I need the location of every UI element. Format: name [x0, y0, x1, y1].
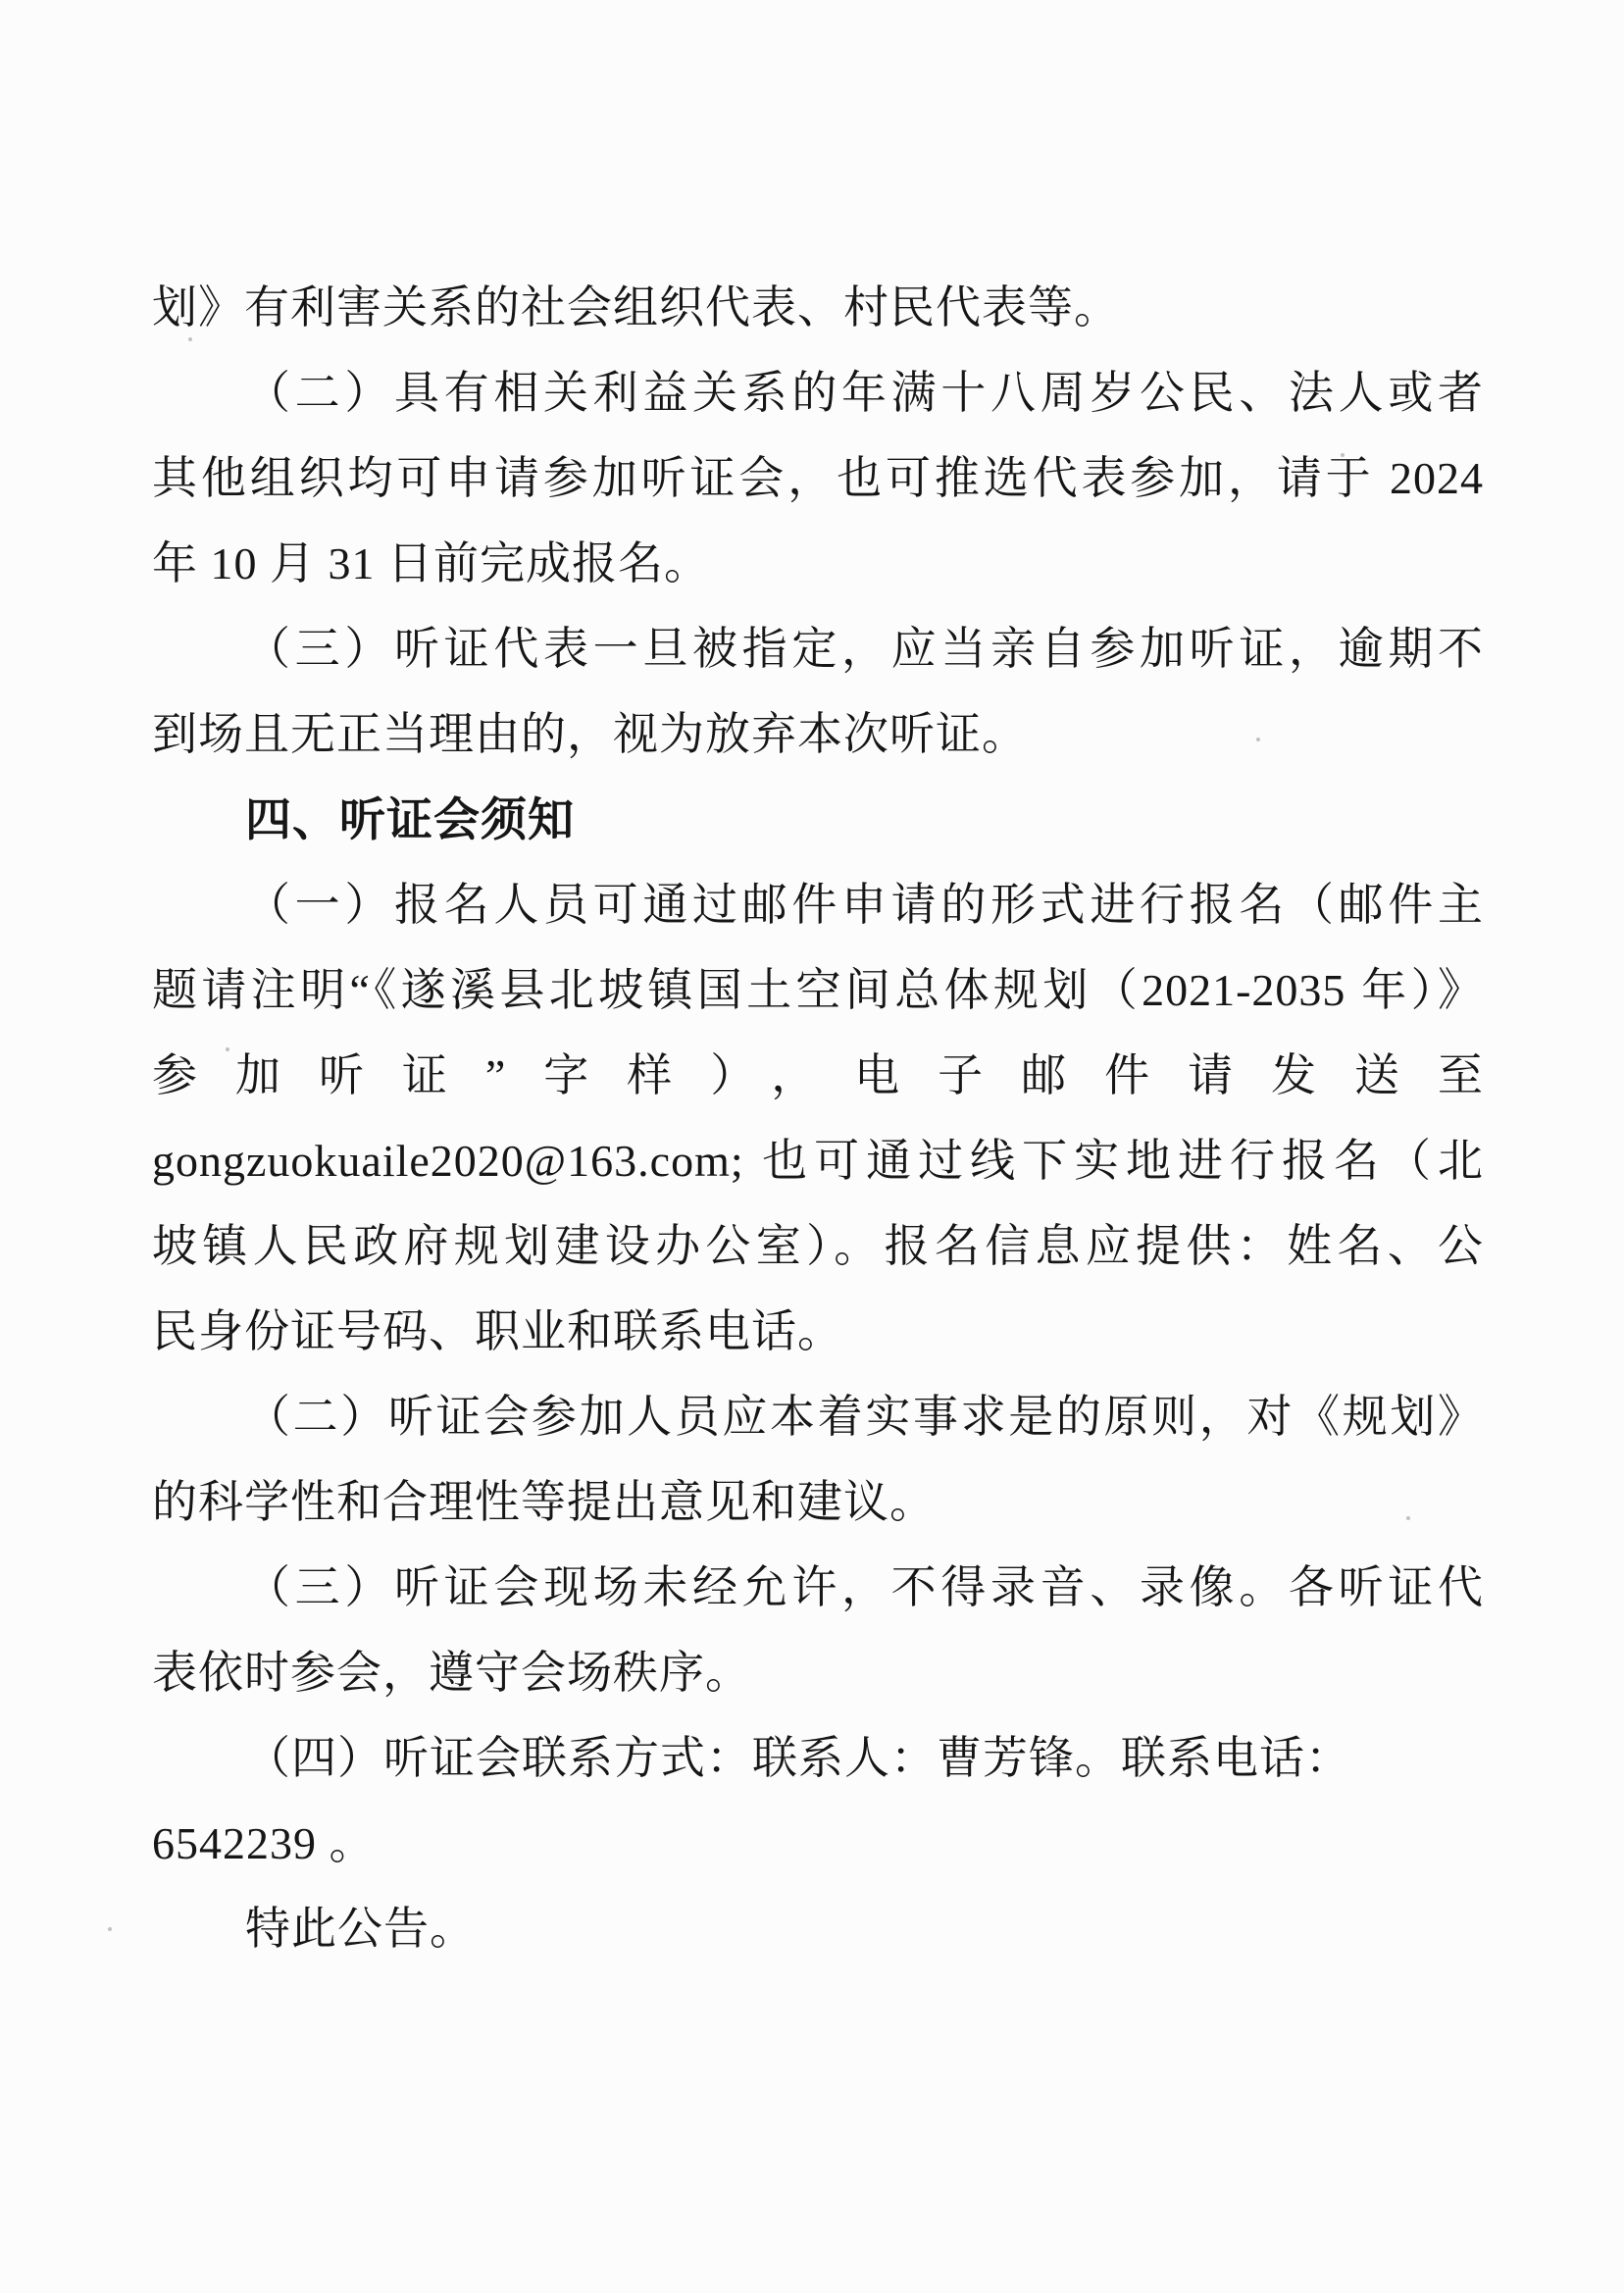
- scan-speck: [188, 337, 192, 341]
- text-line: 民身份证号码、职业和联系电话。: [152, 1289, 1484, 1374]
- scan-speck: [108, 1927, 112, 1931]
- text-line: （二）具有相关利益关系的年满十八周岁公民、法人或者: [152, 350, 1484, 435]
- scan-speck: [1406, 1516, 1410, 1520]
- scan-speck: [226, 1047, 229, 1051]
- text-line: （四）听证会联系方式：联系人：曹芳锋。联系电话：: [152, 1715, 1484, 1801]
- text-line: 参加听证”字样），电子邮件请发送至: [152, 1033, 1484, 1118]
- text-line: （一）报名人员可通过邮件申请的形式进行报名（邮件主: [152, 862, 1484, 947]
- text-line: 题请注明“《遂溪县北坡镇国土空间总体规划（2021-2035 年）》: [152, 947, 1484, 1033]
- text-line: 划》有利害关系的社会组织代表、村民代表等。: [152, 265, 1484, 350]
- scan-speck: [1256, 738, 1260, 741]
- document-content: 划》有利害关系的社会组织代表、村民代表等。（二）具有相关利益关系的年满十八周岁公…: [152, 265, 1484, 1971]
- text-line: gongzuokuaile2020@163.com; 也可通过线下实地进行报名（…: [152, 1118, 1484, 1203]
- text-line: 年 10 月 31 日前完成报名。: [152, 521, 1484, 606]
- text-line: 坡镇人民政府规划建设办公室）。报名信息应提供：姓名、公: [152, 1203, 1484, 1289]
- text-line: 特此公告。: [152, 1886, 1484, 1971]
- text-line: 其他组织均可申请参加听证会，也可推选代表参加，请于 2024: [152, 435, 1484, 521]
- scan-speck: [1341, 453, 1345, 457]
- section-heading: 四、听证会须知: [152, 777, 1484, 862]
- text-line: 表依时参会，遵守会场秩序。: [152, 1630, 1484, 1715]
- text-line: 的科学性和合理性等提出意见和建议。: [152, 1459, 1484, 1545]
- text-line: 6542239 。: [152, 1801, 1484, 1886]
- text-line: 到场且无正当理由的，视为放弃本次听证。: [152, 691, 1484, 777]
- text-line: （二）听证会参加人员应本着实事求是的原则，对《规划》: [152, 1374, 1484, 1459]
- text-line: （三）听证代表一旦被指定，应当亲自参加听证，逾期不: [152, 606, 1484, 691]
- document-page: 划》有利害关系的社会组织代表、村民代表等。（二）具有相关利益关系的年满十八周岁公…: [0, 0, 1624, 2293]
- text-line: （三）听证会现场未经允许，不得录音、录像。各听证代: [152, 1545, 1484, 1630]
